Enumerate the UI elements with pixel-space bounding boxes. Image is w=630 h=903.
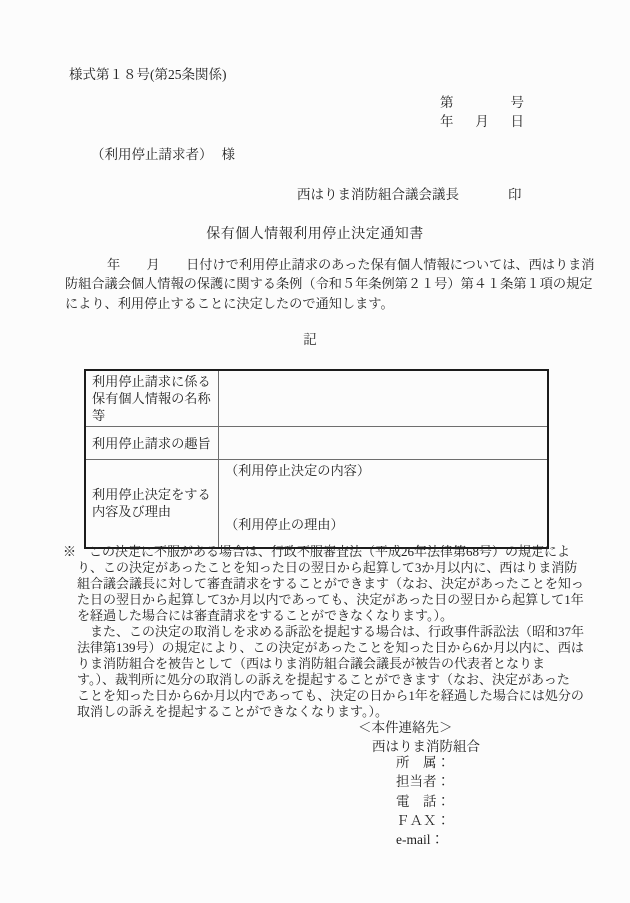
table-row: 利用停止決定をする内容及び理由 （利用停止決定の内容） （利用停止の理由） [85,460,548,548]
row-label: 利用停止請求の趣旨 [85,427,219,460]
date-month-label: 月 [475,110,489,130]
seal-mark: 印 [508,187,522,202]
row-value-field: （利用停止決定の内容） （利用停止の理由） [219,460,549,548]
row-label: 利用停止請求に係る保有個人情報の名称等 [85,370,219,427]
doc-number-suffix: 号 [511,91,525,111]
contact-heading: ＜本件連絡先＞ [358,716,453,736]
note-line: り、この決定があったことを知った日の翌日から起算して3か月以内に、西はりま消防 [63,560,584,576]
note-line: ことを知った日から6か月以内であっても、決定の日から1年を経過した場合には処分の [63,688,584,704]
note-line: りま消防組合を被告として（西はりま消防組合議会議長が被告の代表者となりま [63,656,584,672]
note-line: また、この決定の取消しを求める訴訟を提起する場合は、行政事件訴訟法（昭和37年 [63,624,584,640]
ki-marker: 記 [0,328,620,348]
doc-number-prefix: 第 [440,91,454,111]
page-title: 保有個人情報利用停止決定通知書 [0,223,630,243]
note-block: ※ この決定に不服がある場合は、行政不服審査法（平成26年法律第68号）の規定に… [63,544,584,720]
body-line: 年 月 日付けで利用停止請求のあった保有個人情報については、西はりま消 [65,255,575,274]
contact-organization: 西はりま消防組合 [372,735,480,755]
row-value-field [219,370,549,427]
doc-number-line: 第 号 [440,91,524,111]
body-line: 防組合議会個人情報の保護に関する条例（令和５年条例第２１号）第４１条第１項の規定 [65,274,575,293]
form-number: 様式第１８号(第25条関係) [69,63,227,83]
contact-label-email: e-mail： [396,830,450,849]
date-year-label: 年 [440,110,454,130]
table-row: 利用停止請求に係る保有個人情報の名称等 [85,370,548,427]
note-line: た日の翌日から起算して3か月以内であっても、決定があった日の翌日から起算して1年 [63,592,584,608]
document-page: 様式第１８号(第25条関係) 第 号 年 月 日 （利用停止請求者）様 西はりま… [0,0,630,903]
note-line: ※ この決定に不服がある場合は、行政不服審査法（平成26年法律第68号）の規定に… [63,544,584,560]
recipient-line: （利用停止請求者）様 [91,143,235,163]
issuer-line: 西はりま消防組合議会議長印 [297,183,522,203]
row-value-field [219,427,549,460]
contact-label-fax: ＦＡＸ： [396,811,450,830]
row-label: 利用停止決定をする内容及び理由 [85,460,219,548]
decision-reason-label: （利用停止の理由） [225,516,543,533]
contact-label-person: 担当者： [396,772,450,791]
note-line: す。）、裁判所に処分の取消しの訴えを提起することができます（なお、決定があった [63,672,584,688]
note-line: を経過した場合には審査請求をすることができなくなります。）。 [63,608,584,624]
note-line: 法律第139号）の規定により、この決定があったことを知った日から6か月以内に、西… [63,640,584,656]
decision-content-label: （利用停止決定の内容） [225,462,543,479]
contact-label-department: 所 属： [396,753,450,772]
info-table: 利用停止請求に係る保有個人情報の名称等 利用停止請求の趣旨 利用停止決定をする内… [84,369,549,549]
table-row: 利用停止請求の趣旨 [85,427,548,460]
date-day-label: 日 [511,110,525,130]
body-paragraph: 年 月 日付けで利用停止請求のあった保有個人情報については、西はりま消 防組合議… [65,255,575,313]
date-line: 年 月 日 [440,110,524,130]
body-line: により、利用停止することに決定したので通知します。 [65,294,575,313]
note-line: 組合議会議長に対して審査請求をすることができます（なお、決定があったことを知っ [63,576,584,592]
contact-rows: 所 属： 担当者： 電 話： ＦＡＸ： e-mail： [396,753,450,849]
recipient-honorific: 様 [222,147,236,162]
recipient-label: （利用停止請求者） [91,147,213,162]
contact-label-phone: 電 話： [396,792,450,811]
note-line: 取消しの訴えを提起することができなくなります。）。 [63,704,584,720]
issuer-name: 西はりま消防組合議会議長 [297,187,459,202]
